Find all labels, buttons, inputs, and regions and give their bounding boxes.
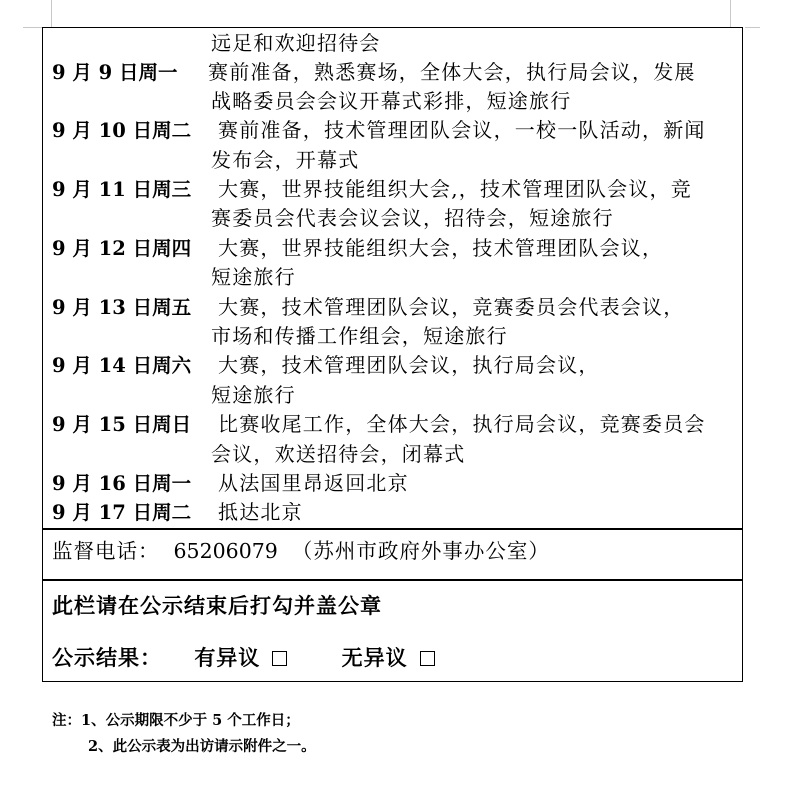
row-divider [43,528,742,530]
activity-text: 赛前准备，技术管理团队会议，一校一队活动，新闻 [218,116,706,145]
date-label: 9 月 14 日周六 [52,351,191,380]
footnotes: 注：1、公示期限不少于 5 个工作日； 2、此公示表为出访请示附件之一。 [52,708,316,760]
activity-text: 比赛收尾工作，全体大会，执行局会议，竞赛委员会 [218,410,706,439]
date-label: 9 月 12 日周四 [52,234,191,263]
publicity-result-row: 公示结果： 有异议 无异议 [52,642,435,674]
crop-mark-top-left-vertical [51,0,52,27]
option-objection-label: 有异议 [194,645,260,670]
activity-text: 抵达北京 [218,498,303,527]
date-label: 9 月 17 日周二 [52,498,191,527]
option-no-objection: 无异议 [342,642,435,674]
row-divider [43,579,742,581]
supervision-phone-number: 65206079 [174,539,278,563]
footnote-1: 注：1、公示期限不少于 5 个工作日； [52,708,316,734]
activity-text: 从法国里昂返回北京 [218,469,409,498]
activity-text: 赛前准备，熟悉赛场，全体大会，执行局会议，发展 [208,58,696,87]
supervision-phone-row: 监督电话：65206079（苏州市政府外事办公室） [52,536,550,566]
activity-text: 会议，欢送招待会，闭幕式 [211,440,465,469]
activity-text: 市场和传播工作组会，短途旅行 [211,322,508,351]
no-objection-checkbox[interactable] [420,651,435,666]
supervision-label: 监督电话： [52,539,160,563]
activity-text: 大赛，技术管理团队会议，执行局会议， [218,351,600,380]
objection-checkbox[interactable] [272,651,287,666]
result-label: 公示结果： [52,645,162,670]
footnote-2: 2、此公示表为出访请示附件之一。 [52,734,316,760]
activity-text: 大赛，世界技能组织大会，技术管理团队会议， [218,234,663,263]
notice-title: 此栏请在公示结束后打勾并盖公章 [52,590,382,622]
date-label: 9 月 13 日周五 [52,293,191,322]
activity-text: 大赛，世界技能组织大会,，技术管理团队会议，竞 [218,175,692,204]
date-label: 9 月 11 日周三 [52,175,191,204]
activity-text: 发布会，开幕式 [211,146,359,175]
crop-mark-top-left-horizontal [23,27,42,28]
activity-text: 战略委员会会议开幕式彩排，短途旅行 [211,87,571,116]
date-label: 9 月 16 日周一 [52,469,191,498]
crop-mark-top-right-vertical [730,0,731,27]
itinerary-table: 远足和欢迎招待会 9 月 9 日周一 赛前准备，熟悉赛场，全体大会，执行局会议，… [42,27,743,682]
schedule-cell: 远足和欢迎招待会 9 月 9 日周一 赛前准备，熟悉赛场，全体大会，执行局会议，… [43,28,742,529]
activity-text: 短途旅行 [211,263,296,292]
activity-text: 大赛，技术管理团队会议，竞赛委员会代表会议， [218,293,684,322]
date-label: 9 月 9 日周一 [52,58,178,87]
date-label: 9 月 10 日周二 [52,116,191,145]
activity-text: 赛委员会代表会议会议，招待会，短途旅行 [211,204,614,233]
activity-text: 短途旅行 [211,381,296,410]
crop-mark-top-right-horizontal [745,27,760,28]
supervision-office: （苏州市政府外事办公室） [292,539,550,563]
option-no-objection-label: 无异议 [342,645,408,670]
activity-text: 远足和欢迎招待会 [211,29,381,58]
option-objection: 有异议 [194,642,287,674]
date-label: 9 月 15 日周日 [52,410,191,439]
